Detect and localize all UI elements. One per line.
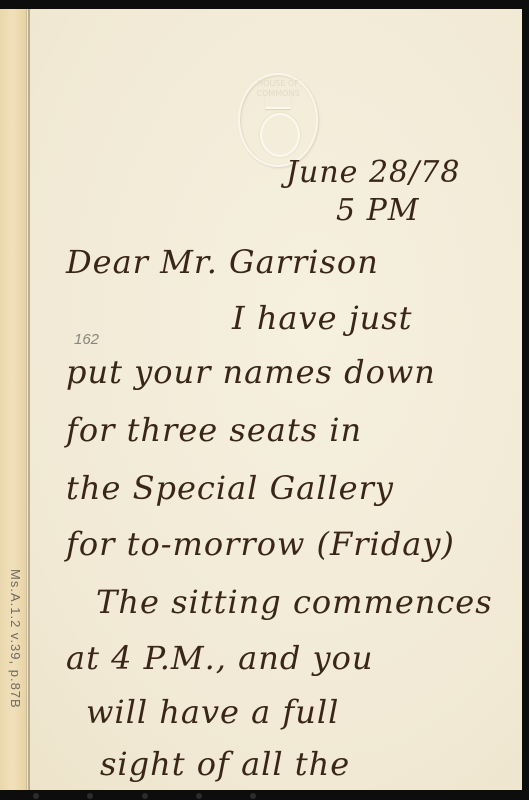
binding-hole-icon bbox=[87, 793, 93, 799]
portcullis-icon bbox=[260, 113, 300, 157]
binding-hole-icon bbox=[142, 793, 148, 799]
body-line-7: at 4 P.M., and you bbox=[66, 639, 373, 677]
letter-date: June 28/78 bbox=[286, 155, 460, 190]
body-line-5: for to-morrow (Friday) bbox=[66, 525, 455, 563]
body-line-1: I have just bbox=[232, 299, 413, 337]
body-line-6: The sitting commences bbox=[96, 583, 493, 621]
body-line-4: the Special Gallery bbox=[66, 469, 394, 507]
crown-icon bbox=[265, 87, 291, 109]
shelfmark: Ms.A.1.2 v.39, p.87B bbox=[3, 569, 23, 769]
scan-border bbox=[0, 790, 529, 800]
body-line-2: put your names down bbox=[66, 353, 436, 391]
body-line-9: sight of all the bbox=[100, 745, 350, 783]
embossed-seal-icon: HOUSE OF COMMONS bbox=[238, 73, 318, 167]
pencil-note: 162 bbox=[74, 331, 99, 348]
binding-stub: Ms.A.1.2 v.39, p.87B bbox=[0, 9, 27, 790]
binding-hole-icon bbox=[196, 793, 202, 799]
letter-page: Ms.A.1.2 v.39, p.87B HOUSE OF COMMONS Ju… bbox=[0, 9, 522, 790]
fold-line bbox=[28, 9, 30, 790]
binding-hole-icon bbox=[250, 793, 256, 799]
body-line-8: will have a full bbox=[86, 693, 339, 731]
letter-time: 5 PM bbox=[336, 193, 420, 228]
salutation: Dear Mr. Garrison bbox=[66, 243, 379, 281]
binding-hole-icon bbox=[33, 793, 39, 799]
body-line-3: for three seats in bbox=[66, 411, 362, 449]
